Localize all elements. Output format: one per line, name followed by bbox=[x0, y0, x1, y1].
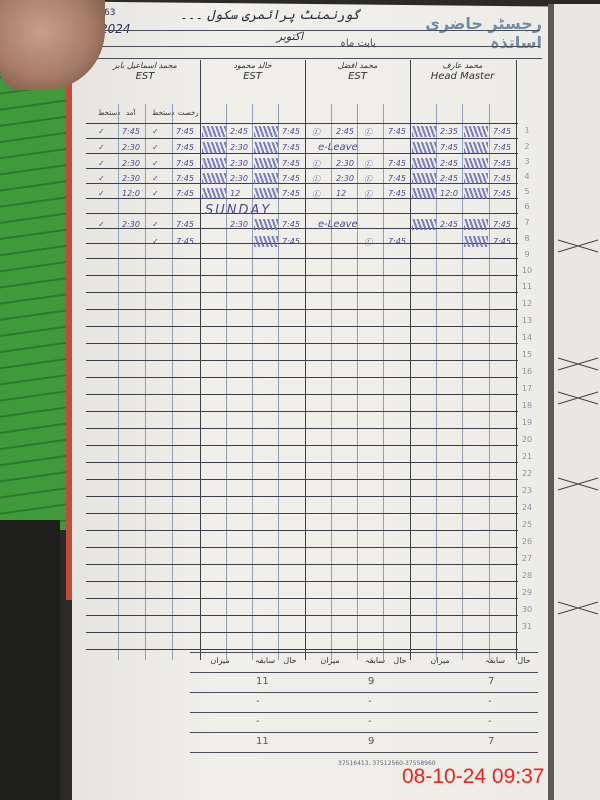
entry-sign: ✓ bbox=[98, 143, 105, 152]
row-number: 26 bbox=[520, 537, 534, 546]
entry-time: 2:45 bbox=[440, 159, 458, 168]
entry-time: 7:45 bbox=[493, 143, 511, 152]
row-number: 2 bbox=[520, 142, 534, 151]
entry-time: 7:45 bbox=[388, 189, 406, 198]
entry-time: 7:45 bbox=[493, 220, 511, 229]
entry-sign: Ⓛ bbox=[364, 189, 372, 200]
entry-sign: Ⓛ bbox=[312, 127, 320, 138]
entry-time: 12 bbox=[230, 189, 240, 198]
summary-value: - bbox=[256, 716, 260, 727]
entry-time: 7:45 bbox=[282, 159, 300, 168]
signature-scribble bbox=[464, 173, 488, 184]
teacher-designation: EST bbox=[90, 71, 200, 82]
signature-scribble bbox=[202, 126, 226, 137]
row-number: 15 bbox=[520, 350, 534, 359]
row-number: 5 bbox=[520, 187, 534, 196]
teacher-designation: EST bbox=[200, 71, 305, 82]
row-number: 17 bbox=[520, 384, 534, 393]
entry-sign: Ⓛ bbox=[312, 159, 320, 170]
summary-rule bbox=[190, 732, 538, 733]
signature-scribble bbox=[254, 188, 278, 199]
entry-sign: ✓ bbox=[152, 220, 159, 229]
signature-scribble bbox=[412, 219, 436, 230]
entry-time: 2:30 bbox=[336, 159, 354, 168]
entry-time: 7:45 bbox=[176, 127, 194, 136]
signature-scribble bbox=[202, 173, 226, 184]
entry-time: 2:45 bbox=[230, 127, 248, 136]
entry-time: 7:45 bbox=[176, 237, 194, 246]
photo-timestamp: 08-10-24 09:37 bbox=[402, 765, 544, 789]
row-number: 23 bbox=[520, 486, 534, 495]
entry-time: 7:45 bbox=[493, 127, 511, 136]
summary-header: میزان bbox=[410, 656, 470, 676]
entry-time: 12:0 bbox=[122, 189, 140, 198]
summary-header: سابقہ bbox=[250, 656, 280, 676]
summary-rule bbox=[190, 752, 538, 753]
cross-out-icon bbox=[556, 238, 600, 254]
signature-scribble bbox=[254, 236, 278, 247]
teacher-designation: EST bbox=[305, 71, 410, 82]
entry-time: 7:45 bbox=[176, 174, 194, 183]
row-number: 13 bbox=[520, 316, 534, 325]
signature-scribble bbox=[202, 158, 226, 169]
entry-time: 7:45 bbox=[493, 159, 511, 168]
summary-value: - bbox=[368, 696, 372, 707]
entry-time: 7:45 bbox=[493, 174, 511, 183]
signature-scribble bbox=[464, 188, 488, 199]
entry-time: 7:45 bbox=[388, 174, 406, 183]
summary-rule bbox=[190, 712, 538, 713]
entry-time: 7:45 bbox=[282, 220, 300, 229]
entry-time: 7:45 bbox=[282, 143, 300, 152]
row-number: 8 bbox=[520, 234, 534, 243]
row-number: 30 bbox=[520, 605, 534, 614]
entry-time: 2:45 bbox=[336, 127, 354, 136]
cross-out-icon bbox=[556, 390, 600, 406]
dark-background bbox=[0, 520, 60, 800]
entry-time: 2:30 bbox=[230, 174, 248, 183]
signature-scribble bbox=[412, 173, 436, 184]
summary-value: 7 bbox=[488, 736, 494, 747]
entry-time: 7:45 bbox=[122, 127, 140, 136]
school-title: گورنمنٹ پرائمری سکول ۔۔۔ bbox=[180, 8, 360, 23]
cross-out-icon bbox=[556, 476, 600, 492]
entry-sign: ✓ bbox=[152, 143, 159, 152]
year-note: 63 bbox=[104, 8, 115, 18]
entry-time: 7:45 bbox=[176, 143, 194, 152]
entry-sign: ✓ bbox=[152, 159, 159, 168]
entry-time: 7:45 bbox=[493, 189, 511, 198]
row-number: 27 bbox=[520, 554, 534, 563]
entry-sign: Ⓛ bbox=[312, 174, 320, 185]
teacher-name: خالد محمود bbox=[233, 61, 271, 70]
signature-scribble bbox=[412, 158, 436, 169]
teacher-name: محمد افضل bbox=[338, 61, 378, 70]
entry-sign: ✓ bbox=[98, 159, 105, 168]
entry-sign: Ⓛ bbox=[364, 237, 372, 248]
entry-time: 7:45 bbox=[282, 174, 300, 183]
entry-time: 2:30 bbox=[230, 159, 248, 168]
summary-value: 11 bbox=[256, 736, 269, 747]
entry-sign: ✓ bbox=[152, 189, 159, 198]
signature-scribble bbox=[202, 188, 226, 199]
teacher-header: محمد اسماعیل بابر EST bbox=[90, 60, 200, 100]
summary-value: - bbox=[488, 716, 492, 727]
row-number: 9 bbox=[520, 250, 534, 259]
teacher-name: محمد عارف bbox=[442, 61, 482, 70]
row-number: 22 bbox=[520, 469, 534, 478]
signature-scribble bbox=[412, 142, 436, 153]
signature-scribble bbox=[254, 173, 278, 184]
baabat-label: بابت ماہ bbox=[340, 38, 376, 49]
signature-scribble bbox=[464, 158, 488, 169]
teacher-designation: Head Master bbox=[410, 71, 515, 82]
signature-scribble bbox=[464, 126, 488, 137]
entry-time: 7:45 bbox=[282, 189, 300, 198]
row-number: 12 bbox=[520, 299, 534, 308]
signature-scribble bbox=[254, 158, 278, 169]
summary-value: - bbox=[256, 696, 260, 707]
teacher-header: محمد عارف Head Master bbox=[410, 60, 515, 100]
row-number: 19 bbox=[520, 418, 534, 427]
entry-time: 7:45 bbox=[493, 237, 511, 246]
sunday-note: SUNDAY bbox=[205, 203, 271, 218]
summary-header: حال bbox=[510, 656, 538, 676]
signature-scribble bbox=[464, 236, 488, 247]
entry-sign: ✓ bbox=[98, 220, 105, 229]
entry-sign: ✓ bbox=[152, 174, 159, 183]
signature-scribble bbox=[412, 126, 436, 137]
entry-sign: Ⓛ bbox=[364, 127, 372, 138]
entry-time: 12 bbox=[336, 189, 346, 198]
row-number: 6 bbox=[520, 202, 534, 211]
entry-time: 7:45 bbox=[388, 237, 406, 246]
e-leave-note: e-Leave bbox=[318, 142, 358, 153]
summary-header: میزان bbox=[300, 656, 360, 676]
entry-sign: ✓ bbox=[98, 127, 105, 136]
header-rule bbox=[92, 58, 542, 59]
teacher-header: محمد افضل EST bbox=[305, 60, 410, 100]
month-subtitle: اکتوبر bbox=[230, 30, 350, 43]
entry-time: 7:45 bbox=[176, 189, 194, 198]
entry-sign: Ⓛ bbox=[364, 159, 372, 170]
signature-scribble bbox=[254, 219, 278, 230]
row-number: 20 bbox=[520, 435, 534, 444]
entry-time: 2:30 bbox=[336, 174, 354, 183]
summary-value: 9 bbox=[368, 676, 374, 687]
entry-sign: ✓ bbox=[98, 189, 105, 198]
entry-time: 2:30 bbox=[122, 159, 140, 168]
entry-sign: ✓ bbox=[152, 237, 159, 246]
signature-scribble bbox=[464, 142, 488, 153]
entry-time: 7:45 bbox=[388, 127, 406, 136]
signature-scribble bbox=[254, 126, 278, 137]
row-number: 14 bbox=[520, 333, 534, 342]
row-number: 24 bbox=[520, 503, 534, 512]
summary-rule bbox=[190, 692, 538, 693]
entry-time: 2:35 bbox=[440, 127, 458, 136]
row-number: 11 bbox=[520, 282, 534, 291]
signature-scribble bbox=[202, 142, 226, 153]
entry-time: 12:0 bbox=[440, 189, 458, 198]
entry-time: 7:45 bbox=[176, 159, 194, 168]
row-number: 16 bbox=[520, 367, 534, 376]
row-number: 7 bbox=[520, 218, 534, 227]
row-number: 1 bbox=[520, 126, 534, 135]
row-number: 4 bbox=[520, 172, 534, 181]
entry-time: 7:45 bbox=[176, 220, 194, 229]
row-number: 18 bbox=[520, 401, 534, 410]
signature-scribble bbox=[464, 219, 488, 230]
entry-time: 7:45 bbox=[282, 127, 300, 136]
summary-header: سابقہ bbox=[360, 656, 390, 676]
signature-scribble bbox=[412, 188, 436, 199]
summary-value: 9 bbox=[368, 736, 374, 747]
row-number: 29 bbox=[520, 588, 534, 597]
entry-time: 2:30 bbox=[230, 220, 248, 229]
row-number: 21 bbox=[520, 452, 534, 461]
row-number: 31 bbox=[520, 622, 534, 631]
summary-value: - bbox=[368, 716, 372, 727]
entry-time: 2:30 bbox=[122, 174, 140, 183]
entry-sign: Ⓛ bbox=[312, 189, 320, 200]
summary-header: سابقہ bbox=[480, 656, 510, 676]
monthly-summary-table: سابقہ حال میزان سابقہ حال میزان سابقہ حا… bbox=[190, 652, 538, 754]
summary-value: - bbox=[488, 696, 492, 707]
entry-time: 2:30 bbox=[122, 220, 140, 229]
cross-out-icon bbox=[556, 356, 600, 372]
entry-time: 7:45 bbox=[440, 143, 458, 152]
row-number: 28 bbox=[520, 571, 534, 580]
teacher-name: محمد اسماعیل بابر bbox=[113, 61, 177, 70]
entry-sign: Ⓛ bbox=[364, 174, 372, 185]
entry-time: 7:45 bbox=[282, 237, 300, 246]
entry-sign: ✓ bbox=[152, 127, 159, 136]
summary-value: 7 bbox=[488, 676, 494, 687]
entry-time: 7:45 bbox=[388, 159, 406, 168]
summary-rule bbox=[190, 652, 538, 653]
cross-out-icon bbox=[556, 600, 600, 616]
header-rule bbox=[100, 30, 540, 31]
summary-header: حال bbox=[280, 656, 300, 676]
entry-time: 2:30 bbox=[230, 143, 248, 152]
row-number: 3 bbox=[520, 157, 534, 166]
header-rule bbox=[100, 46, 540, 47]
entry-sign: ✓ bbox=[98, 174, 105, 183]
row-number: 10 bbox=[520, 266, 534, 275]
entry-time: 2:30 bbox=[122, 143, 140, 152]
summary-value: 11 bbox=[256, 676, 269, 687]
summary-header: میزان bbox=[190, 656, 250, 676]
e-leave-note: e-Leave bbox=[318, 219, 358, 230]
teacher-header: خالد محمود EST bbox=[200, 60, 305, 100]
row-number: 25 bbox=[520, 520, 534, 529]
signature-scribble bbox=[254, 142, 278, 153]
summary-header: حال bbox=[390, 656, 410, 676]
entry-time: 2:45 bbox=[440, 174, 458, 183]
entry-time: 2:45 bbox=[440, 220, 458, 229]
